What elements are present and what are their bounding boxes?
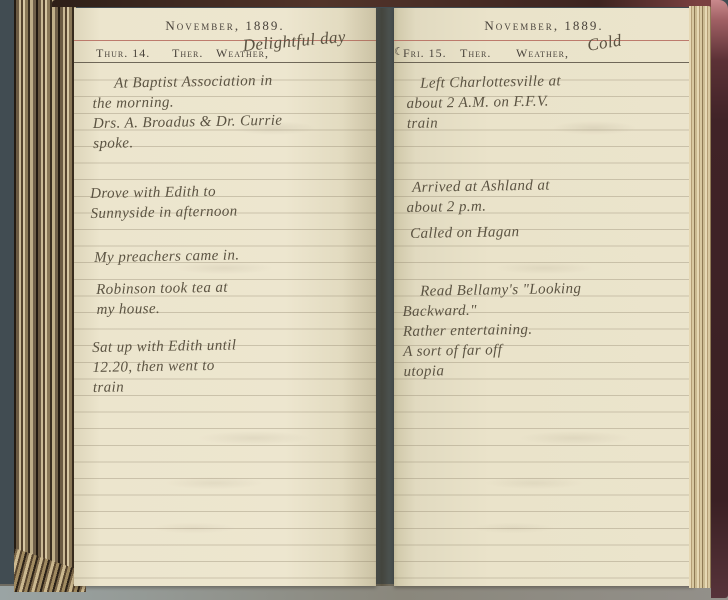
red-rule — [394, 40, 694, 41]
month-header: November, 1889. — [394, 18, 694, 34]
weather-entry-handwritten: Cold — [586, 32, 623, 55]
book-cover-top — [52, 0, 718, 7]
diary-entry: Left Charlottesville at about 2 A.M. on … — [406, 71, 562, 134]
diary-entry: Sat up with Edith until 12.20, then went… — [92, 335, 237, 398]
diary-page-right: November, 1889. ☾ Fri. 15. Ther. Weather… — [394, 8, 694, 586]
diary-entry: Read Bellamy's "Looking Backward." Rathe… — [402, 279, 583, 382]
day-date-label: Thur. 14. — [96, 46, 150, 61]
diary-entry: My preachers came in. — [94, 245, 240, 268]
page-edges-left — [14, 0, 76, 588]
diary-entry: Robinson took tea at my house. — [96, 278, 228, 320]
diary-entry: Called on Hagan — [410, 222, 520, 244]
diary-photo: November, 1889. Thur. 14. Ther. Weather,… — [0, 0, 728, 600]
day-divider-rule — [74, 62, 376, 63]
ther-label: Ther. — [172, 46, 203, 61]
diary-page-left: November, 1889. Thur. 14. Ther. Weather,… — [74, 8, 376, 586]
day-divider-rule — [394, 62, 694, 63]
diary-entry: At Baptist Association in the morning. D… — [92, 71, 283, 154]
book-cover-right — [711, 0, 728, 598]
table-surface — [0, 584, 728, 600]
page-edges-right — [689, 6, 713, 588]
diary-entry: Drove with Edith to Sunnyside in afterno… — [90, 181, 238, 224]
ther-label: Ther. — [460, 46, 491, 61]
diary-entry: Arrived at Ashland at about 2 p.m. — [406, 175, 550, 218]
day-date-label: Fri. 15. — [403, 46, 447, 61]
weather-label: Weather, — [516, 46, 569, 61]
